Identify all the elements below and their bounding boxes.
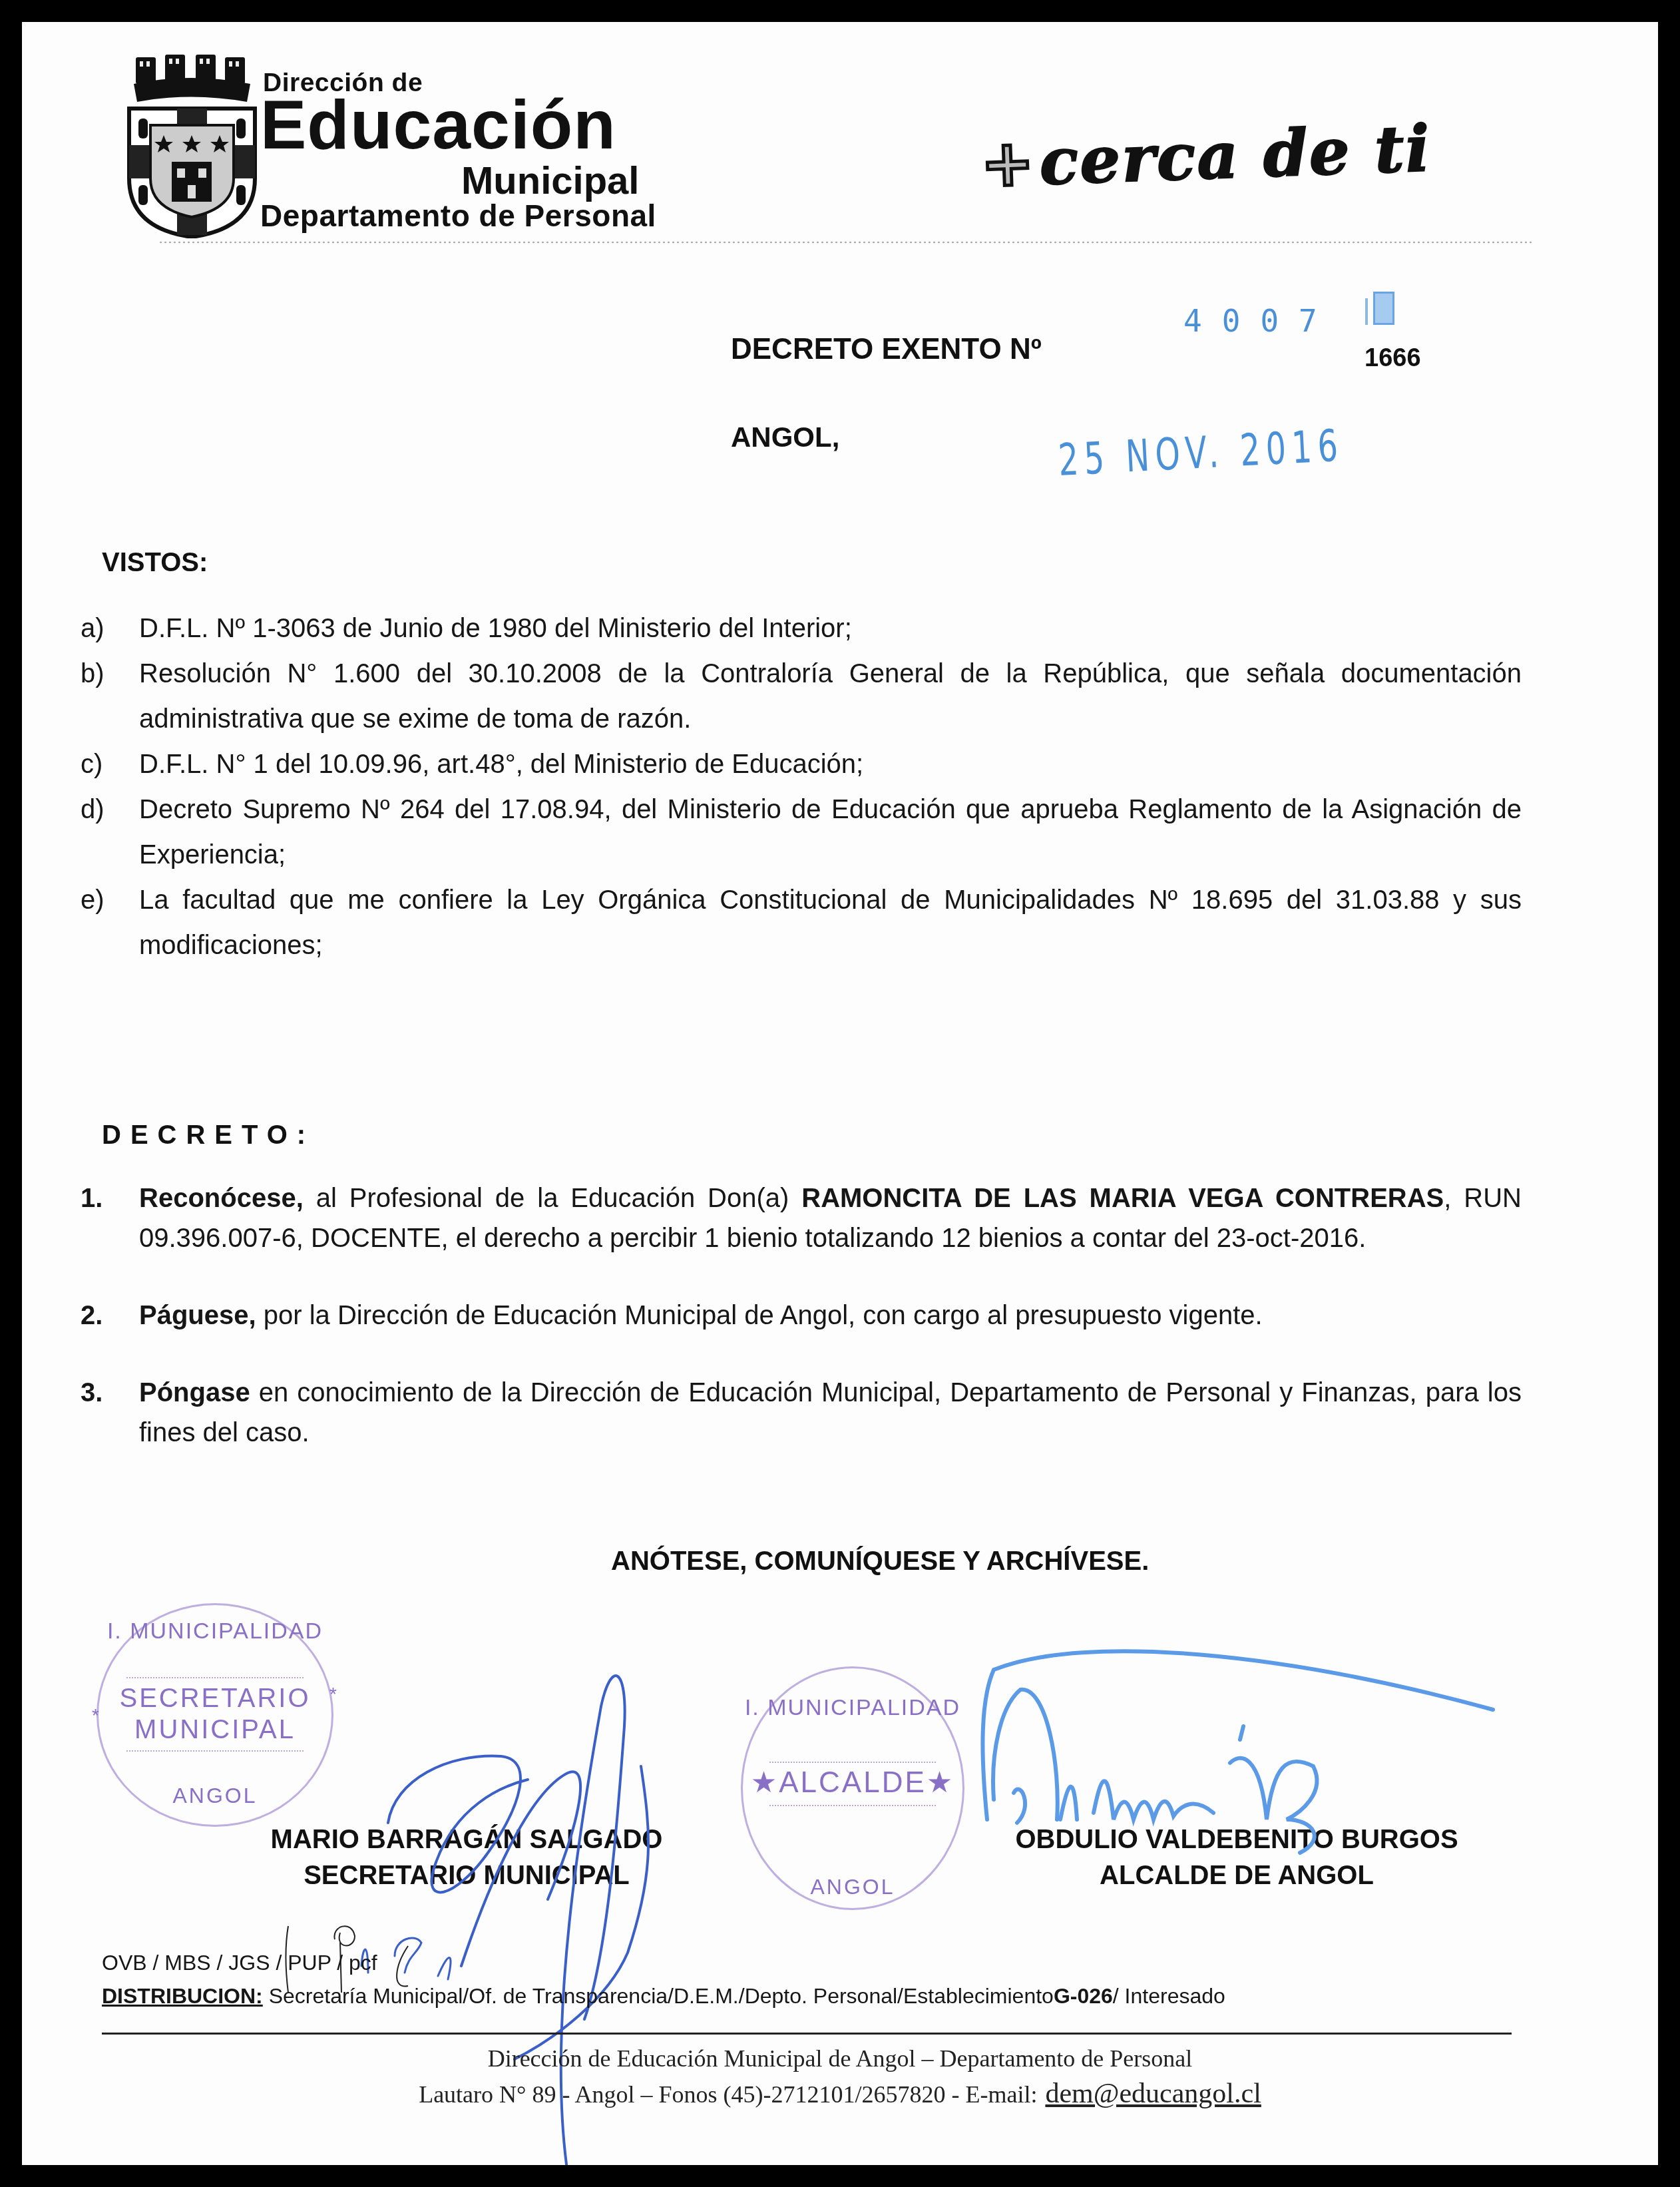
vistos-item: d)Decreto Supremo Nº 264 del 17.08.94, d…: [81, 787, 1522, 877]
stamped-number: 4007: [1183, 303, 1337, 339]
letterhead-line2: Educación: [260, 91, 616, 160]
vistos-heading: VISTOS:: [102, 548, 208, 578]
star-icon: *: [92, 1705, 99, 1726]
star-icon: *: [329, 1684, 337, 1705]
signature-alcalde: [982, 1651, 1493, 1853]
stamped-date: 25 NOV. 2016: [1057, 420, 1345, 486]
signatory-title: SECRETARIO MUNICIPAL: [260, 1861, 673, 1891]
footer-organization: Dirección de Educación Municipal de Ango…: [22, 2045, 1658, 2072]
stamp-mark: [1365, 298, 1368, 325]
decreto-item: 3. Póngase en conocimiento de la Direcci…: [81, 1373, 1522, 1453]
signatory-name: MARIO BARRAGÁN SALGADO: [260, 1825, 673, 1855]
distribution-line: DISTRIBUCION: Secretaría Municipal/Of. d…: [102, 1984, 1225, 2009]
letterhead-department: Departamento de Personal: [260, 200, 656, 231]
decreto-list: 1. Reconócese, al Profesional de la Educ…: [81, 1178, 1522, 1490]
footer-contact: Lautaro N° 89 - Angol – Fonos (45)-27121…: [22, 2078, 1658, 2110]
signatory-title: ALCALDE DE ANGOL: [984, 1861, 1490, 1891]
plus-icon: +: [979, 124, 1036, 202]
decree-number: 1666: [1365, 344, 1421, 373]
slogan-logo: +cerca de ti: [979, 111, 1432, 202]
vistos-item: e)La facultad que me confiere la Ley Org…: [81, 877, 1522, 968]
distribution-label: DISTRIBUCION:: [102, 1984, 263, 2008]
coat-of-arms-icon: [124, 52, 260, 238]
reference-initials: OVB / MBS / JGS / PUP / pcf: [102, 1951, 377, 1975]
stamp-box-icon: [1373, 292, 1394, 325]
alcalde-seal: I. MUNICIPALIDAD ★ALCALDE★ ANGOL: [741, 1666, 964, 1910]
vistos-item: b)Resolución N° 1.600 del 30.10.2008 de …: [81, 651, 1522, 742]
decreto-item: 2. Páguese, por la Dirección de Educació…: [81, 1296, 1522, 1336]
vistos-item: c)D.F.L. N° 1 del 10.09.96, art.48°, del…: [81, 742, 1522, 787]
letterhead-line3: Municipal: [461, 162, 639, 200]
footer-divider: [102, 2033, 1512, 2035]
decreto-heading: DECRETO:: [102, 1120, 315, 1150]
vistos-list: a)D.F.L. Nº 1-3063 de Junio de 1980 del …: [81, 606, 1522, 968]
vistos-item: a)D.F.L. Nº 1-3063 de Junio de 1980 del …: [81, 606, 1522, 651]
secretario-seal: I. MUNICIPALIDAD SECRETARIO MUNICIPAL * …: [97, 1603, 333, 1827]
beneficiary-name: RAMONCITA DE LAS MARIA VEGA CONTRERAS: [801, 1184, 1444, 1213]
document-page: Dirección de Educación Municipal Departa…: [22, 22, 1658, 2165]
email-link[interactable]: dem@educangol.cl: [1045, 2078, 1261, 2109]
signatory-name: OBDULIO VALDEBENITO BURGOS: [984, 1825, 1490, 1855]
decreto-item: 1. Reconócese, al Profesional de la Educ…: [81, 1178, 1522, 1258]
place-label: ANGOL,: [731, 421, 839, 453]
slogan-text: cerca de ti: [1038, 111, 1432, 199]
header-divider: [158, 240, 1533, 244]
decree-title: DECRETO EXENTO Nº: [731, 333, 1042, 366]
closing-formula: ANÓTESE, COMUNÍQUESE Y ARCHÍVESE.: [611, 1547, 1149, 1577]
